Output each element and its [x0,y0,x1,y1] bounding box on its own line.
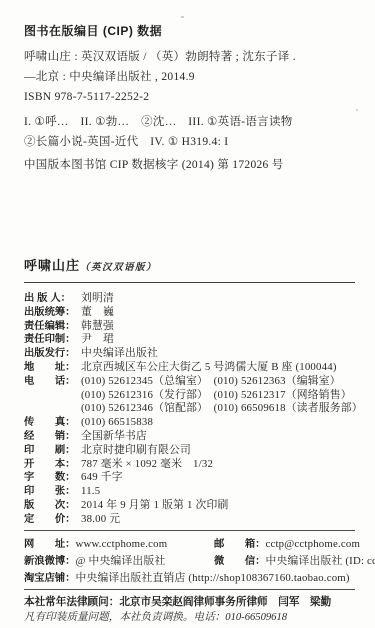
field-value: 尹 珺 [81,333,114,347]
colophon-row: (010) 52612346（馆配部） (010) 66509618（读者服务部… [24,402,355,416]
colophon-row: 印 刷：北京时捷印刷有限公司 [24,444,355,458]
colophon-row: (010) 52612316（发行部） (010) 52612317（网络销售） [24,389,355,403]
field-value: 11.5 [81,485,100,499]
field-label: 微 信： [214,554,265,569]
book-subtitle: （英汉双语版） [80,263,157,273]
contact-cell: 网 址：www.cctphome.com [24,535,214,552]
colophon-row: 电 话：(010) 52612345（总编室） (010) 52612363（编… [24,375,355,389]
cip-publisher-line: —北京 : 中央编译出版社 , 2014.9 [24,67,355,87]
cip-classification: I. ①呼… II. ①勃… ②沈… III. ①英语-语言读物 ②长篇小说-英… [24,112,355,152]
field-label: 字 数： [24,471,81,485]
field-value: 38.00 元 [81,513,120,527]
cip-isbn-line: ISBN 978-7-5117-2252-2 [24,87,355,107]
taobao-store-url: 中央编译出版社直销店 (http://shop108367160.taobao.… [75,572,349,584]
copyright-page: 图书在版编目 (CIP) 数据 呼啸山庄 : 英汉双语版 / （英）勃朗特著 ;… [0,0,375,628]
cip-heading: 图书在版编目 (CIP) 数据 [24,24,355,38]
contact-cell: 淘宝店铺：中央编译出版社直销店 (http://shop108367160.ta… [24,569,350,586]
field-value: (010) 52612346（馆配部） (010) 66509618（读者服务部… [81,402,363,416]
contact-cell: 邮 箱：cctp@cctphome.com [214,535,360,552]
contact-cell: 微 信：中央编译出版社 (ID: cctphome) [214,552,375,569]
field-label: 电 话： [24,375,81,389]
email-address: cctp@cctphome.com [265,538,360,550]
field-value: 2014 年 9 月第 1 版第 1 次印刷 [81,499,228,513]
field-value: (010) 66515838 [81,416,153,430]
field-label: 定 价： [24,513,81,527]
field-label: 淘宝店铺： [24,571,75,586]
wechat-id: 中央编译出版社 (ID: cctphome) [265,555,375,567]
legal-advisor-line: 本社常年法律顾问：北京市吴栾赵阎律师事务所律师 闫军 梁勤 [24,595,355,610]
quality-notice-line: 凡有印装质量问题，本社负责调换。电话：010-66509618 [24,610,355,625]
field-value: 刘明清 [81,292,114,306]
legal-divider [24,589,355,590]
cip-registry-line: 中国版本图书馆 CIP 数据核字 (2014) 第 172026 号 [24,158,355,173]
field-value: 中央编译出版社 [81,347,158,361]
field-label: 责任编辑： [24,320,81,334]
field-label: 经 销： [24,430,81,444]
scan-speck [181,16,184,18]
field-label: 传 真： [24,416,81,430]
colophon-row: 出版统筹：董 巍 [24,306,355,320]
colophon-row: 印 张：11.5 [24,485,355,499]
colophon-row: 出 版 人：刘明清 [24,292,355,306]
field-value: (010) 52612316（发行部） (010) 52612317（网络销售） [81,389,352,403]
colophon-row: 地 址：北京西城区车公庄大街乙 5 号鸿儒大厦 B 座 (100044) [24,361,355,375]
cip-description: 呼啸山庄 : 英汉双语版 / （英）勃朗特著 ; 沈东子译 . —北京 : 中央… [24,47,355,107]
field-value: 北京时捷印刷有限公司 [81,444,191,458]
book-title-row: 呼啸山庄（英汉双语版） [24,255,355,275]
colophon-row: 传 真：(010) 66515838 [24,416,355,430]
field-label: 印 张： [24,485,81,499]
field-value: 北京西城区车公庄大街乙 5 号鸿儒大厦 B 座 (100044) [81,361,337,375]
contact-row: 新浪微博：@ 中央编译出版社 微 信：中央编译出版社 (ID: cctphome… [24,552,355,569]
contact-divider [24,530,355,531]
field-label: 出版发行： [24,347,81,361]
field-value: (010) 52612345（总编室） (010) 52612363（编辑室） [81,375,341,389]
field-value: 董 巍 [81,306,114,320]
legal-block: 本社常年法律顾问：北京市吴栾赵阎律师事务所律师 闫军 梁勤 凡有印装质量问题，本… [24,595,355,625]
field-value: 787 毫米 × 1092 毫米 1/32 [81,458,213,472]
website-url: www.cctphome.com [75,538,167,550]
field-label: 版 次： [24,499,81,513]
cip-classification-line: I. ①呼… II. ①勃… ②沈… III. ①英语-语言读物 [24,112,355,132]
field-label: 责任印制： [24,333,81,347]
field-label: 邮 箱： [214,537,265,552]
cip-title-line: 呼啸山庄 : 英汉双语版 / （英）勃朗特著 ; 沈东子译 . [24,47,355,67]
field-label: 网 址： [24,537,75,552]
field-label: 出 版 人： [24,292,81,306]
field-value: 649 千字 [81,471,123,485]
colophon-table: 出 版 人：刘明清 出版统筹：董 巍 责任编辑：韩慧强 责任印制：尹 珺 出版发… [24,292,355,527]
colophon-row: 责任印制：尹 珺 [24,333,355,347]
colophon-row: 定 价：38.00 元 [24,513,355,527]
contact-cell: 新浪微博：@ 中央编译出版社 [24,552,214,569]
field-label: 地 址： [24,361,81,375]
cip-classification-line: ②长篇小说-英国-近代 IV. ① H319.4: I [24,132,355,152]
colophon-row: 责任编辑：韩慧强 [24,320,355,334]
field-label: 出版统筹： [24,306,81,320]
scan-speck [356,109,358,111]
field-label: 新浪微博： [24,554,75,569]
colophon-row: 出版发行：中央编译出版社 [24,347,355,361]
colophon-row: 版 次：2014 年 9 月第 1 版第 1 次印刷 [24,499,355,513]
field-label: 开 本： [24,458,81,472]
contact-row: 淘宝店铺：中央编译出版社直销店 (http://shop108367160.ta… [24,569,355,586]
contact-row: 网 址：www.cctphome.com 邮 箱：cctp@cctphome.c… [24,535,355,552]
field-value: 韩慧强 [81,320,114,334]
weibo-handle: @ 中央编译出版社 [75,555,165,567]
field-label: 印 刷： [24,444,81,458]
colophon-row: 字 数：649 千字 [24,471,355,485]
book-title: 呼啸山庄 [24,258,80,273]
contact-block: 网 址：www.cctphome.com 邮 箱：cctp@cctphome.c… [24,535,355,586]
title-divider [24,282,355,283]
field-value: 全国新华书店 [81,430,147,444]
colophon-row: 经 销：全国新华书店 [24,430,355,444]
colophon-row: 开 本：787 毫米 × 1092 毫米 1/32 [24,458,355,472]
